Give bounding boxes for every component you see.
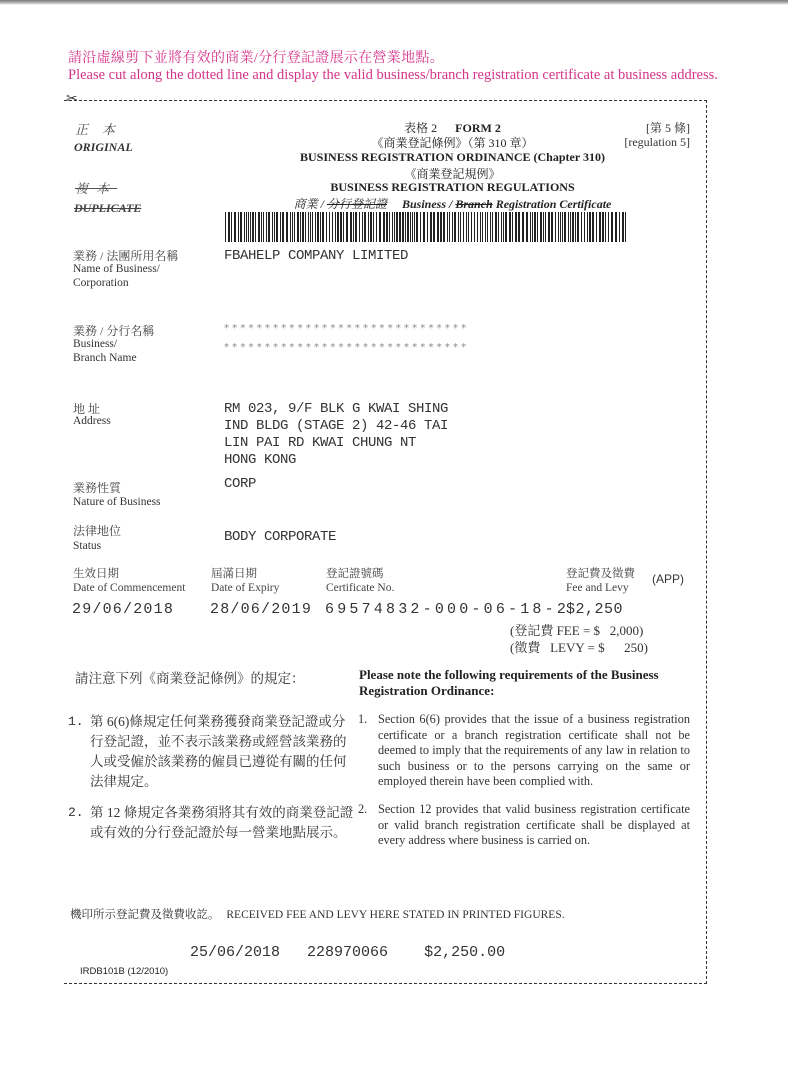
note-en-1: 1. Section 6(6) provides that the issue …	[358, 712, 690, 790]
note-number: 2.	[358, 802, 378, 849]
cert-type-branch-zh: 分行登記證	[327, 197, 387, 211]
certificate-type: 商業 / 分行登記證 Business / Branch Registratio…	[280, 195, 625, 212]
note-zh-2: 2. 第 12 條規定各業務須將其有效的商業登記證或有效的分行登記證於每一營業地…	[68, 803, 358, 843]
receipt-statement-zh: 機印所示登記費及徵費收訖。	[70, 909, 220, 921]
note-text: 第 12 條規定各業務須將其有效的商業登記證或有效的分行登記證於每一營業地點展示…	[90, 803, 358, 843]
cert-type-business-en: Business /	[402, 197, 452, 211]
address-value: RM 023, 9/F BLK G KWAI SHING IND BLDG (S…	[224, 401, 448, 469]
receipt-number: 228970066	[307, 944, 388, 961]
commencement-label-zh: 生效日期	[73, 565, 119, 581]
cut-notice-zh: 請沿虛線剪下並將有效的商業/分行登記證展示在營業地點。	[68, 47, 444, 67]
receipt-line: 25/06/2018 228970066 $2,250.00	[190, 944, 505, 961]
address-line: RM 023, 9/F BLK G KWAI SHING	[224, 401, 448, 418]
branch-name-stars-2: * * * * * * * * * * * * * * * * * * * * …	[224, 342, 466, 353]
original-label-en: ORIGINAL	[74, 140, 133, 155]
expiry-label-zh: 屆滿日期	[211, 565, 257, 581]
nature-value: CORP	[224, 476, 256, 492]
duplicate-label-en: DUPLICATE	[74, 201, 141, 216]
nature-label-en: Nature of Business	[73, 495, 161, 509]
notes-heading-zh: 請注意下列《商業登記條例》的規定：	[75, 667, 305, 687]
fee-total: $2,250	[566, 601, 623, 618]
receipt-statement: 機印所示登記費及徵費收訖。 RECEIVED FEE AND LEVY HERE…	[70, 906, 565, 922]
commencement-date: 29/06/2018	[72, 601, 174, 618]
note-text: 第 6(6)條規定任何業務獲發商業登記證或分行登記證，並不表示該業務或經營該業務…	[90, 712, 358, 792]
scissors-icon: ✂	[66, 91, 78, 107]
note-zh-1: 1. 第 6(6)條規定任何業務獲發商業登記證或分行登記證，並不表示該業務或經營…	[68, 712, 358, 792]
ordinance-title-zh: 《商業登記條例》（第 310 章）	[280, 134, 625, 151]
note-number: 1.	[68, 712, 90, 792]
receipt-amount: $2,250.00	[424, 944, 505, 961]
regulation-ref-en: [regulation 5]	[624, 135, 690, 150]
regulation-ref-zh: [第 5 條]	[646, 119, 690, 136]
note-number: 2.	[68, 803, 90, 843]
nature-label-zh: 業務性質	[73, 479, 121, 496]
cut-notice-en: Please cut along the dotted line and dis…	[68, 67, 718, 84]
app-tag: (APP)	[652, 572, 684, 586]
note-text: Section 6(6) provides that the issue of …	[378, 712, 690, 790]
ordinance-title-en: BUSINESS REGISTRATION ORDINANCE (Chapter…	[280, 150, 625, 165]
form-number-en: FORM 2	[455, 121, 501, 135]
receipt-date: 25/06/2018	[190, 944, 280, 961]
name-label-en-2: Corporation	[73, 276, 129, 290]
form-code: IRDB101B (12/2010)	[80, 966, 168, 977]
branch-name-stars-1: * * * * * * * * * * * * * * * * * * * * …	[224, 323, 466, 334]
certificate-no: 69574832-000-06-18-2	[325, 601, 569, 618]
fee-breakdown-levy: (徵費 LEVY = $ 250)	[510, 637, 648, 656]
business-name-value: FBAHELP COMPANY LIMITED	[224, 248, 408, 264]
cert-type-branch-en: Branch	[455, 197, 492, 211]
cert-type-business-zh: 商業 /	[294, 197, 324, 211]
barcode	[225, 212, 629, 242]
status-label-en: Status	[73, 539, 101, 553]
status-value: BODY CORPORATE	[224, 529, 336, 545]
expiry-label-en: Date of Expiry	[211, 582, 279, 594]
certificate-no-label-en: Certificate No.	[326, 582, 394, 594]
address-line: LIN PAI RD KWAI CHUNG NT	[224, 435, 448, 452]
fee-label-zh: 登記費及徵費	[566, 565, 635, 581]
fee-label-en: Fee and Levy	[566, 582, 629, 594]
branch-label-en-1: Business/	[73, 337, 117, 351]
branch-label-en-2: Branch Name	[73, 351, 137, 365]
expiry-date: 28/06/2019	[210, 601, 312, 618]
notes-heading-en: Please note the following requirements o…	[359, 667, 691, 699]
status-label-zh: 法律地位	[73, 522, 121, 539]
note-number: 1.	[358, 712, 378, 790]
receipt-statement-en: RECEIVED FEE AND LEVY HERE STATED IN PRI…	[226, 909, 564, 921]
certificate-no-label-zh: 登記證號碼	[326, 565, 384, 581]
name-label-en-1: Name of Business/	[73, 262, 160, 276]
duplicate-label-zh: 複本	[75, 178, 117, 197]
address-line: IND BLDG (STAGE 2) 42-46 TAI	[224, 418, 448, 435]
note-text: Section 12 provides that valid business …	[378, 802, 690, 849]
form-number-zh: 表格 2	[404, 121, 437, 135]
address-label-en: Address	[73, 414, 111, 428]
commencement-label-en: Date of Commencement	[73, 582, 185, 594]
note-en-2: 2. Section 12 provides that valid busine…	[358, 802, 690, 849]
cert-type-tail-en: Registration Certificate	[496, 197, 612, 211]
scan-top-edge	[0, 0, 788, 5]
regulations-title-en: BUSINESS REGISTRATION REGULATIONS	[280, 180, 625, 195]
address-line: HONG KONG	[224, 452, 448, 469]
original-label-zh: 正本	[75, 119, 129, 138]
